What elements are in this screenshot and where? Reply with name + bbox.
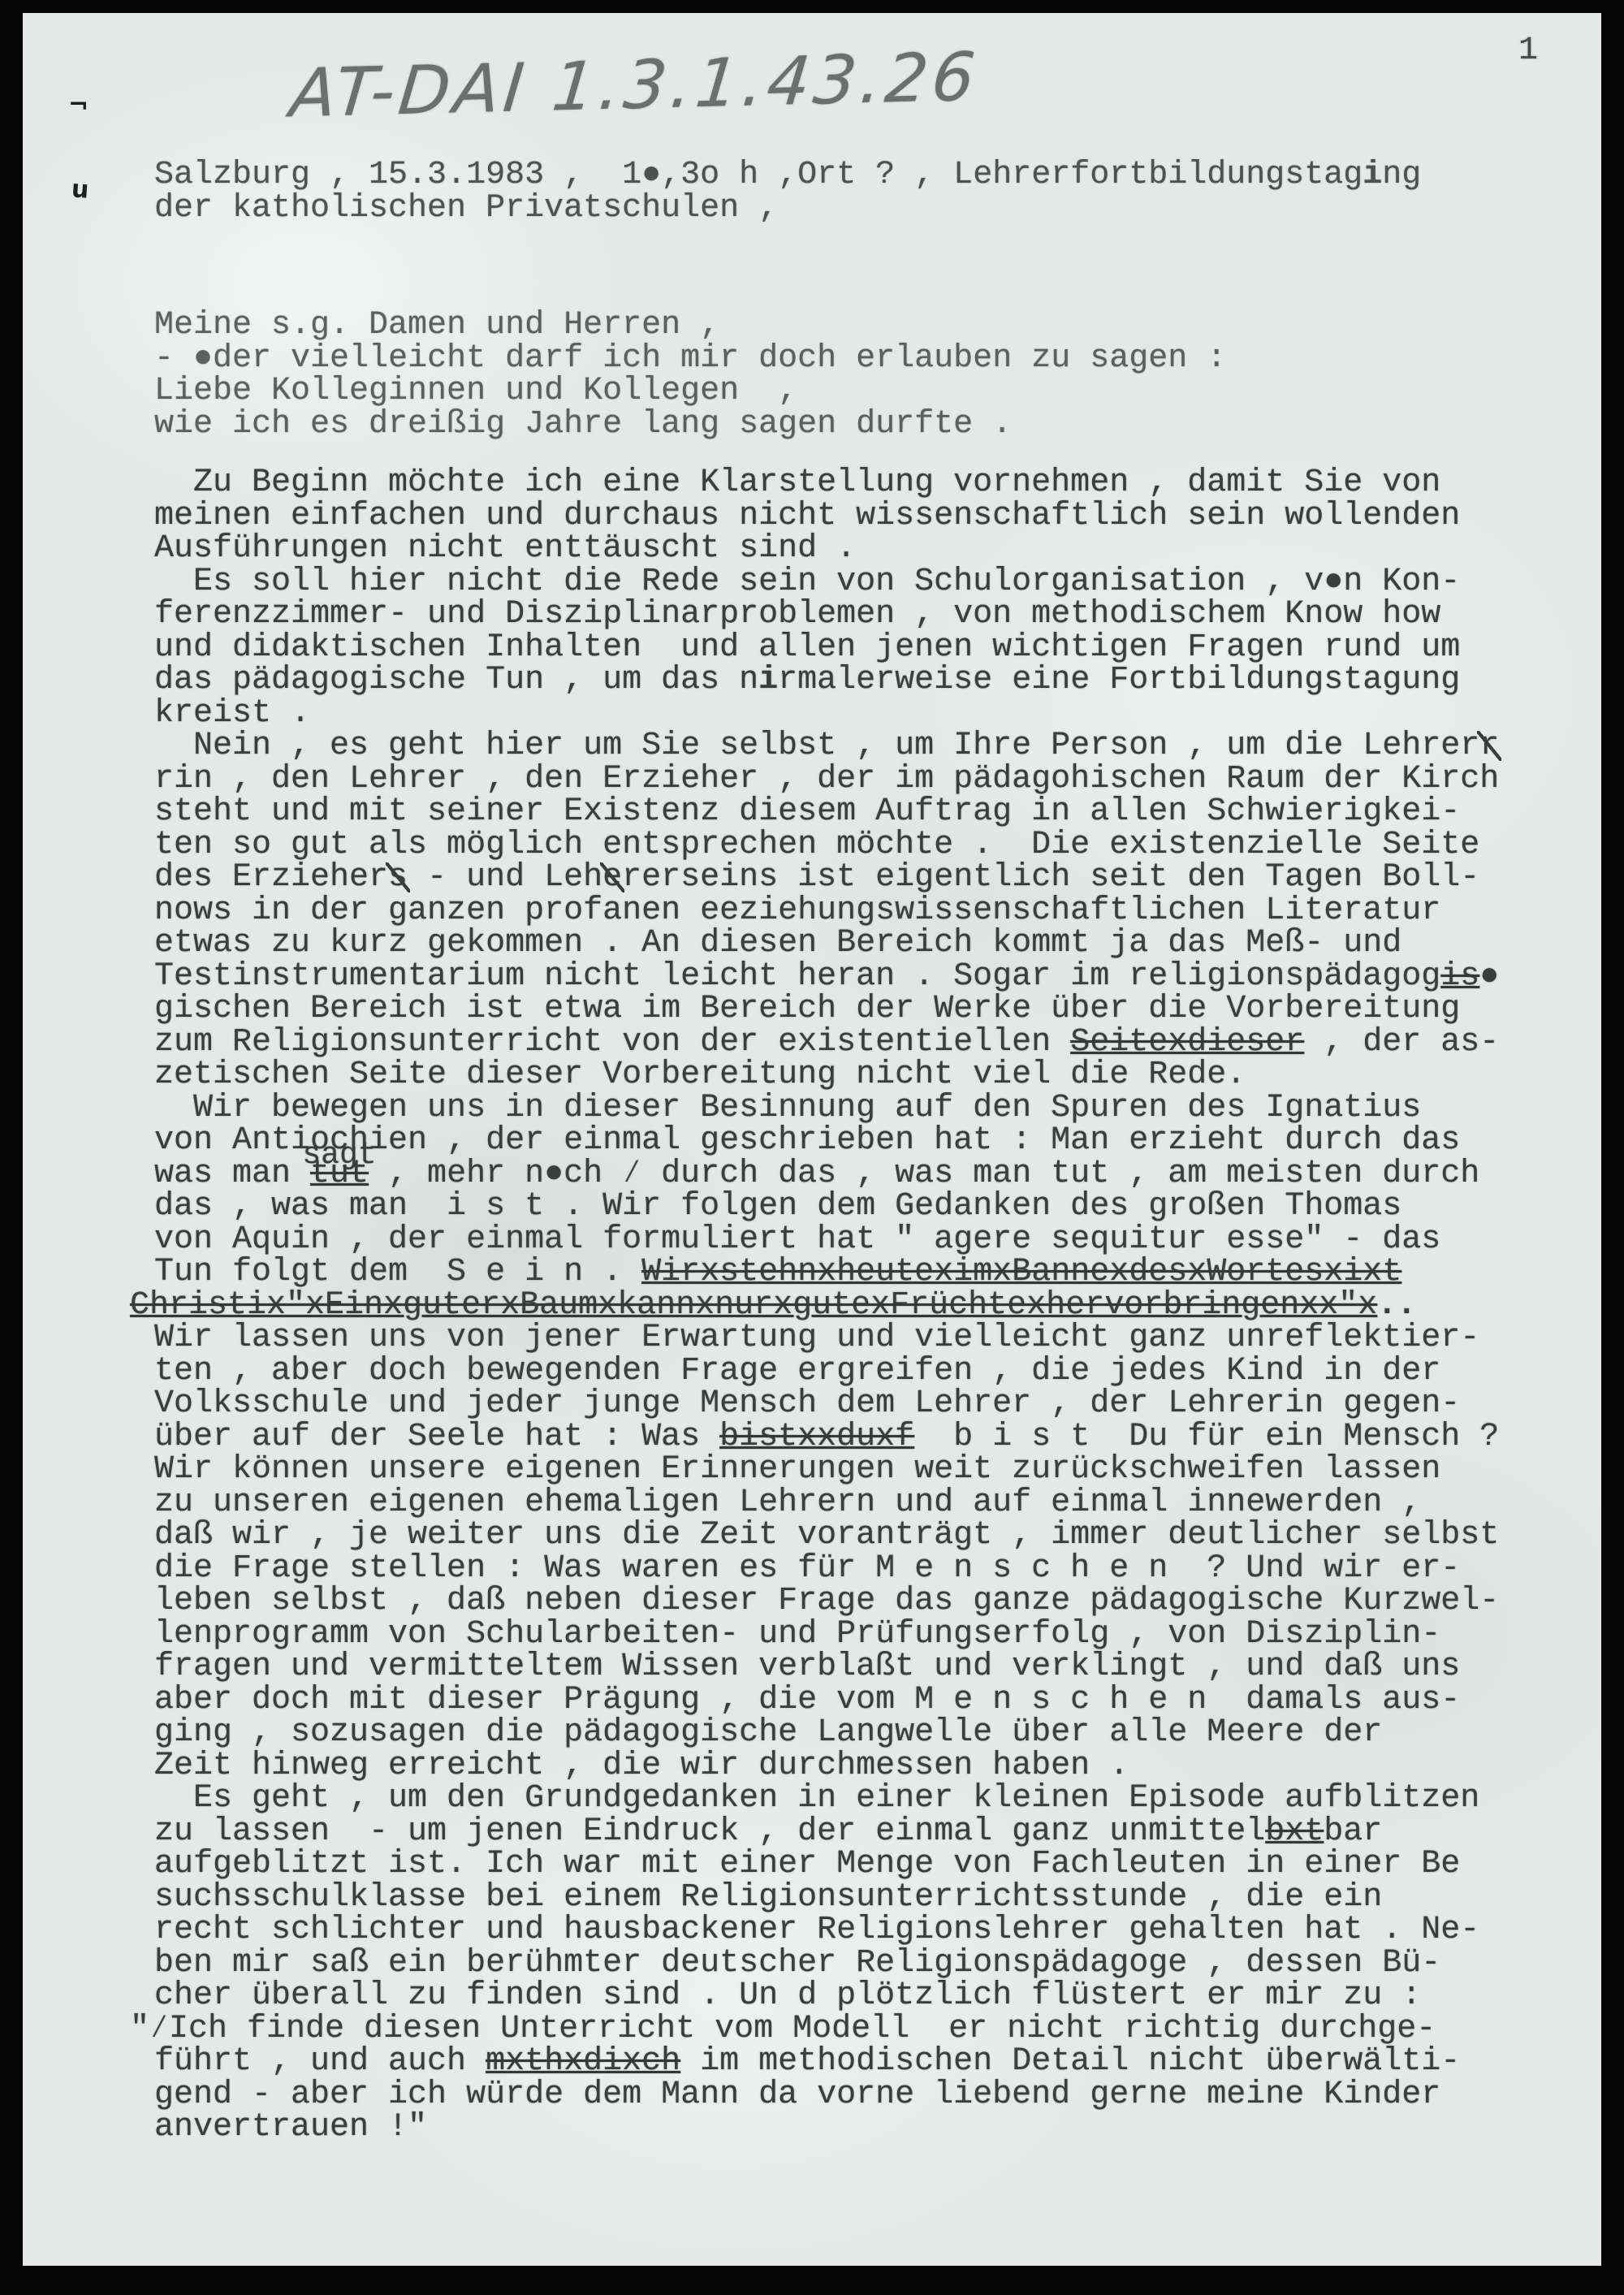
typed-text: ging , sozusagen die pädagogische Langwe… xyxy=(154,1714,1382,1751)
typed-line: Es soll hier nicht die Rede sein von Sch… xyxy=(154,566,1608,599)
typed-text: , der as- xyxy=(1304,1024,1499,1061)
typed-line: Es geht , um den Grundgedanken in einer … xyxy=(154,1783,1608,1816)
typed-text: meinen einfachen und durchaus nicht wiss… xyxy=(154,498,1460,534)
typed-text: recht schlichter und hausbackener Religi… xyxy=(154,1912,1479,1948)
typed-text: kreist . xyxy=(154,695,310,732)
typed-line: Wir lassen uns von jener Erwartung und v… xyxy=(154,1322,1608,1355)
typed-text: ,3o h ,Ort ? , Lehrerfortbildungstag xyxy=(661,157,1363,193)
typed-line: Christix"xEinxguterxBaumxkannxnurxgutexF… xyxy=(130,1290,1608,1323)
typed-text: rmalerweise eine Fortbildungstagung xyxy=(778,662,1460,698)
typed-line: "∕Ich finde diesen Unterricht vom Modell… xyxy=(130,2013,1608,2046)
typed-text: lenprogramm von Schularbeiten- und Prüfu… xyxy=(154,1616,1440,1653)
typed-text: gischen Bereich ist etwa im Bereich der … xyxy=(154,991,1460,1027)
typed-line: suchsschulklasse bei einem Religionsunte… xyxy=(154,1882,1608,1915)
typed-text: zu lassen - um jenen Eindruck , der einm… xyxy=(154,1813,1265,1850)
typed-line: - ●der vielleicht darf ich mir doch erla… xyxy=(154,343,1608,376)
typed-line: rin , den Lehrer , den Erzieher , der im… xyxy=(154,763,1608,797)
typed-line: cher überall zu finden sind . Un d plötz… xyxy=(154,1980,1608,2013)
typed-line: nows in der ganzen profanen eeziehungswi… xyxy=(154,895,1608,928)
typed-text: ten so gut als möglich entsprechen möcht… xyxy=(154,827,1479,863)
typed-text: Volksschule und jeder junge Mensch dem L… xyxy=(154,1385,1460,1422)
typed-text: Liebe Kolleginnen und Kollegen , xyxy=(154,373,797,409)
typed-text: das , was man i s t . Wir folgen dem Ged… xyxy=(154,1188,1402,1225)
typed-text: b i s t Du für ein Mensch ? xyxy=(914,1419,1499,1455)
handwritten-annotation: AT-DAI 1.3.1.43.26 xyxy=(287,39,982,133)
typed-text: Meine s.g. Damen und Herren , xyxy=(154,307,719,344)
typed-line: zu lassen - um jenen Eindruck , der einm… xyxy=(154,1816,1608,1849)
typed-text: Wir lassen uns von jener Erwartung und v… xyxy=(154,1320,1479,1356)
typed-text: ● xyxy=(544,1156,564,1192)
typed-text: Ausführungen nicht enttäuscht sind . xyxy=(154,530,856,567)
typed-line: Zeit hinweg erreicht , die wir durchmess… xyxy=(154,1750,1608,1783)
typed-text: über auf der Seele hat : Was xyxy=(154,1419,719,1455)
typed-text: aber doch mit dieser Prägung , die vom M… xyxy=(154,1682,1460,1718)
typed-text: steht und mit seiner Existenz diesem Auf… xyxy=(154,793,1460,830)
typed-line: Volksschule und jeder junge Mensch dem L… xyxy=(154,1388,1608,1421)
typed-text: s xyxy=(388,859,408,896)
typed-line: Tun folgt dem S e i n . Wirxstehnxheutex… xyxy=(154,1256,1608,1290)
typed-line: Ausführungen nicht enttäuscht sind . xyxy=(154,533,1608,566)
typed-text: i xyxy=(758,662,778,698)
typed-line: die Frage stellen : Was waren es für M e… xyxy=(154,1553,1608,1586)
typed-text: ng xyxy=(1382,157,1421,193)
typed-text: ferenzzimmer- und Disziplinarproblemen ,… xyxy=(154,596,1440,633)
typed-line: das pädagogische Tun , um das nirmalerwe… xyxy=(154,664,1608,698)
typed-text: rerseins ist eigentlich seit den Tagen B… xyxy=(622,859,1479,896)
typed-text: gend - aber ich würde dem Mann da vorne … xyxy=(154,2077,1440,2113)
typed-text: das pädagogische Tun , um das n xyxy=(154,662,758,698)
typed-line: der katholischen Privatschulen , xyxy=(154,192,1608,226)
typed-text: Nein , es geht hier um Sie selbst , um I… xyxy=(154,728,1479,764)
typed-text: führt , und auch xyxy=(154,2043,486,2080)
typed-line: führt , und auch mxthxdixch im methodisc… xyxy=(154,2046,1608,2079)
typed-line: das , was man i s t . Wir folgen dem Ged… xyxy=(154,1191,1608,1224)
typed-line: recht schlichter und hausbackener Religi… xyxy=(154,1914,1608,1947)
typed-text: rin , den Lehrer , den Erzieher , der im… xyxy=(154,761,1499,797)
typed-text: nows in der ganzen profanen eeziehungswi… xyxy=(154,892,1440,929)
typed-text: ben mir saß ein berühmter deutscher Reli… xyxy=(154,1945,1440,1982)
typed-line: über auf der Seele hat : Was bistxxduxf … xyxy=(154,1421,1608,1454)
typed-text: .. xyxy=(1377,1287,1416,1324)
typed-text: und didaktischen Inhalten und allen jene… xyxy=(154,629,1460,666)
typed-text: Testinstrumentarium nicht leicht heran .… xyxy=(154,958,1440,995)
typed-text: - und Leh xyxy=(408,859,603,896)
typed-text: - xyxy=(154,340,193,377)
struck-text: bxt xyxy=(1265,1813,1324,1850)
typed-line: gend - aber ich würde dem Mann da vorne … xyxy=(154,2079,1608,2112)
typed-text: cher überall zu finden sind . Un d plötz… xyxy=(154,1977,1421,2014)
typed-line: aber doch mit dieser Prägung , die vom M… xyxy=(154,1684,1608,1718)
typed-line: daß wir , je weiter uns die Zeit vorantr… xyxy=(154,1519,1608,1553)
typed-text: ch ∕ durch das , was man tut , am meiste… xyxy=(564,1156,1479,1192)
typed-text: Zu Beginn möchte ich eine Klarstellung v… xyxy=(154,465,1440,501)
typed-line: Nein , es geht hier um Sie selbst , um I… xyxy=(154,730,1608,763)
typed-text: Wir können unsere eigenen Erinnerungen w… xyxy=(154,1451,1440,1488)
typed-text: Zeit hinweg erreicht , die wir durchmess… xyxy=(154,1748,1129,1784)
struck-text: is xyxy=(1440,958,1479,995)
typed-line: wie ich es dreißig Jahre lang sagen durf… xyxy=(154,408,1608,442)
typed-text: suchsschulklasse bei einem Religionsunte… xyxy=(154,1879,1382,1916)
typed-text: daß wir , je weiter uns die Zeit vorantr… xyxy=(154,1517,1499,1554)
typed-line: ten so gut als möglich entsprechen möcht… xyxy=(154,829,1608,862)
typed-text: Tun folgt dem S e i n . xyxy=(154,1254,641,1290)
typed-text: Wir bewegen uns in dieser Besinnung auf … xyxy=(154,1090,1421,1126)
typed-line: ben mir saß ein berühmter deutscher Reli… xyxy=(154,1947,1608,1981)
typed-text: der katholischen Privatschulen , xyxy=(154,190,778,227)
typed-text: ● xyxy=(1324,564,1343,600)
typed-text: von Aquin , der einmal formuliert hat " … xyxy=(154,1221,1440,1258)
typed-line: ging , sozusagen die pädagogische Langwe… xyxy=(154,1717,1608,1750)
typed-text: die Frage stellen : Was waren es für M e… xyxy=(154,1550,1460,1587)
typed-line: zu unseren eigenen ehemaligen Lehrern un… xyxy=(154,1487,1608,1520)
typed-line: anvertrauen !" xyxy=(154,2111,1608,2145)
typed-text: der vielleicht darf ich mir doch erlaube… xyxy=(213,340,1226,377)
typed-text: ● xyxy=(641,157,661,193)
typed-text: fragen und vermitteltem Wissen verblaßt … xyxy=(154,1649,1460,1685)
typed-line: und didaktischen Inhalten und allen jene… xyxy=(154,632,1608,665)
typed-text: bar xyxy=(1324,1813,1382,1850)
typed-line: von Aquin , der einmal formuliert hat " … xyxy=(154,1224,1608,1257)
typed-line: meinen einfachen und durchaus nicht wiss… xyxy=(154,500,1608,534)
struck-text: bistxxduxf xyxy=(719,1419,914,1455)
typed-text: n Kon- xyxy=(1343,564,1460,600)
typed-line: fragen und vermitteltem Wissen verblaßt … xyxy=(154,1651,1608,1684)
typed-line: zum Religionsunterricht von der existent… xyxy=(154,1026,1608,1060)
struck-text: Seitexdieser xyxy=(1070,1024,1304,1061)
typed-line: etwas zu kurz gekommen . An diesen Berei… xyxy=(154,927,1608,961)
typed-text: was man xyxy=(154,1156,310,1192)
margin-mark: u xyxy=(71,175,90,204)
typed-text: Es soll hier nicht die Rede sein von Sch… xyxy=(154,564,1324,600)
typed-line: Wir können unsere eigenen Erinnerungen w… xyxy=(154,1454,1608,1487)
typed-line: Testinstrumentarium nicht leicht heran .… xyxy=(154,961,1608,994)
typed-text: ten , aber doch bewegenden Frage ergreif… xyxy=(154,1353,1440,1390)
typed-text: i xyxy=(1363,157,1382,193)
typed-line: gischen Bereich ist etwa im Bereich der … xyxy=(154,993,1608,1026)
typed-line: Liebe Kolleginnen und Kollegen , xyxy=(154,375,1608,408)
typed-line: zetischen Seite dieser Vorbereitung nich… xyxy=(154,1059,1608,1092)
struck-text: Christix"xEinxguterxBaumxkannxnurxgutexF… xyxy=(130,1287,1377,1324)
typed-line: Wir bewegen uns in dieser Besinnung auf … xyxy=(154,1092,1608,1126)
typed-line: Salzburg , 15.3.1983 , 1●,3o h ,Ort ? , … xyxy=(154,159,1608,192)
typed-line: was man tutsagt , mehr n●ch ∕ durch das … xyxy=(154,1158,1608,1191)
typed-text: Es geht , um den Grundgedanken in einer … xyxy=(154,1780,1479,1817)
paper: AT-DAI 1.3.1.43.26 1 ¬ u Salzburg , 15.3… xyxy=(23,13,1601,2266)
typed-text: aufgeblitzt ist. Ich war mit einer Menge… xyxy=(154,1846,1460,1882)
typed-line: ten , aber doch bewegenden Frage ergreif… xyxy=(154,1355,1608,1389)
typed-text: "∕Ich finde diesen Unterricht vom Modell… xyxy=(130,2011,1436,2047)
typed-line: Meine s.g. Damen und Herren , xyxy=(154,309,1608,343)
typed-document: Salzburg , 15.3.1983 , 1●,3o h ,Ort ? , … xyxy=(154,159,1608,2145)
struck-text: mxthxdixch xyxy=(486,2043,680,2080)
typed-line: Zu Beginn möchte ich eine Klarstellung v… xyxy=(154,467,1608,500)
typed-line: lenprogramm von Schularbeiten- und Prüfu… xyxy=(154,1619,1608,1652)
struck-text: WirxstehnxheuteximxBannexdesxWortesxixt xyxy=(641,1254,1402,1290)
typed-text: leben selbst , daß neben dieser Frage da… xyxy=(154,1583,1499,1619)
typed-text: zetischen Seite dieser Vorbereitung nich… xyxy=(154,1057,1246,1093)
typed-line: ferenzzimmer- und Disziplinarproblemen ,… xyxy=(154,599,1608,632)
typed-text: wie ich es dreißig Jahre lang sagen durf… xyxy=(154,406,1012,443)
typed-line: steht und mit seiner Existenz diesem Auf… xyxy=(154,796,1608,829)
typed-line: leben selbst , daß neben dieser Frage da… xyxy=(154,1585,1608,1619)
typed-text: etwas zu kurz gekommen . An diesen Berei… xyxy=(154,925,1402,962)
typed-text: zu unseren eigenen ehemaligen Lehrern un… xyxy=(154,1485,1421,1521)
page-number: 1 xyxy=(1518,32,1538,69)
scan-background: { "scan": { "page_number": "1", "handwri… xyxy=(0,0,1624,2295)
typed-text: anvertrauen !" xyxy=(154,2109,427,2146)
typed-text: des Erzieher xyxy=(154,859,388,896)
typed-text: Salzburg , 15.3.1983 , 1 xyxy=(154,157,641,193)
typed-text: e xyxy=(603,859,622,896)
typed-line: kreist . xyxy=(154,698,1608,731)
typed-text: ● xyxy=(193,340,213,377)
typed-line: des Erziehers - und Lehererseins ist eig… xyxy=(154,862,1608,895)
typed-text: r xyxy=(1479,728,1499,764)
typed-text: zum Religionsunterricht von der existent… xyxy=(154,1024,1070,1061)
typed-text: , mehr n xyxy=(369,1156,544,1192)
typed-line: aufgeblitzt ist. Ich war mit einer Menge… xyxy=(154,1848,1608,1882)
typed-text: im methodischen Detail nicht überwälti- xyxy=(680,2043,1460,2080)
margin-mark: ¬ xyxy=(68,91,89,119)
typed-text: ● xyxy=(1479,958,1499,995)
